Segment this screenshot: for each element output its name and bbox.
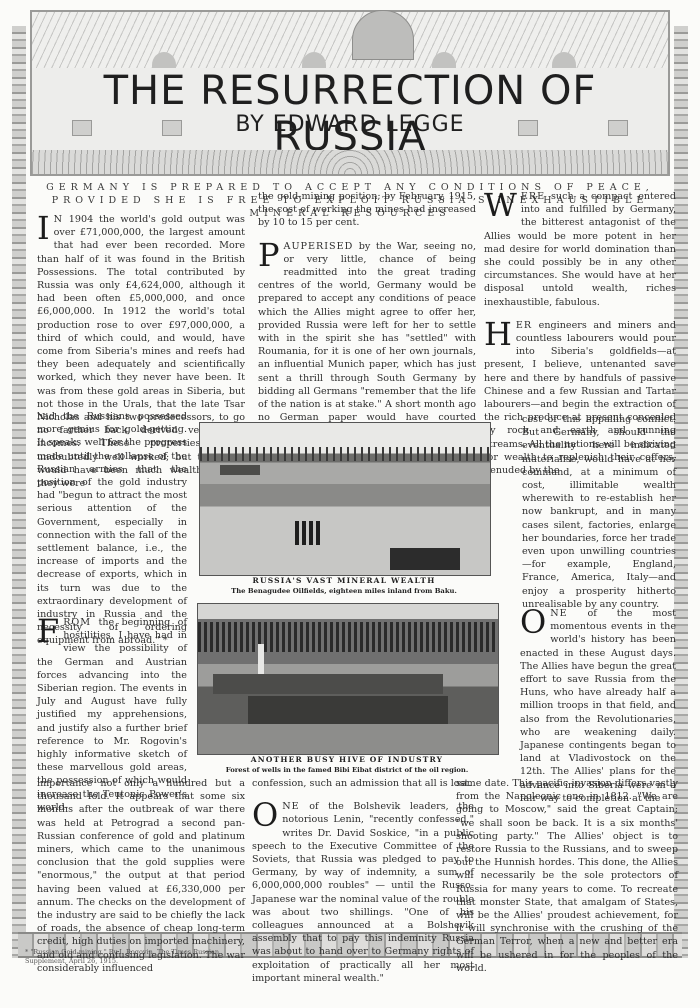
title-banner: THE RESURRECTION OF RUSSIA BY EDWARD LEG… <box>12 0 688 166</box>
paragraph: had the Russians possessed more genius f… <box>37 410 187 648</box>
column-2-lower: confession, such an admission that all i… <box>252 777 474 985</box>
arch-ornament-band <box>30 150 670 176</box>
column-3-narrow-2: ONE of the most momentous events in the … <box>520 607 676 805</box>
oilfields-photo <box>199 422 491 576</box>
drop-cap: O <box>252 801 278 829</box>
drop-cap: H <box>484 320 512 348</box>
column-3-lower: same date. This pacific invasion differs… <box>456 777 678 975</box>
paragraph: PAUPERISED by the War, seeing no, or ver… <box>258 240 476 438</box>
caption-subtitle: Forest of wells in the famed Bibi Eibat … <box>197 765 497 775</box>
caption-subtitle: The Benagudee Oilfields, eighteen miles … <box>199 586 489 596</box>
oil-wells-forest <box>198 622 498 652</box>
column-2-upper: the gold-mining position; by February, 1… <box>258 190 476 438</box>
author-byline: BY EDWARD LEGGE <box>32 112 668 137</box>
footnote: * "Russian Gold-mining." By I. Rogovin. … <box>25 948 250 966</box>
paragraph: ONE of the most momentous events in the … <box>520 607 676 805</box>
roof <box>213 674 443 694</box>
drop-cap: W <box>484 191 517 219</box>
drop-cap: P <box>258 241 280 269</box>
bibi-eibat-wells-photo <box>197 603 499 755</box>
ornament-icon <box>608 120 628 136</box>
drop-cap: F <box>37 617 59 645</box>
ornament-icon <box>162 120 182 136</box>
paragraph: ONE of the Bolshevik leaders, the notori… <box>252 800 474 985</box>
column-1-narrow: had the Russians possessed more genius f… <box>37 410 187 648</box>
barracks-building <box>248 696 448 724</box>
paragraph: same date. This pacific invasion differs… <box>456 777 678 975</box>
paragraph: importance not only a hundred but a thou… <box>37 777 245 975</box>
ornament-icon <box>72 120 92 136</box>
paragraph: the gold-mining position; by February, 1… <box>258 190 476 230</box>
paragraph: cost of this appalling conflict. But Ger… <box>522 413 676 611</box>
photo-2-caption: ANOTHER BUSY HIVE OF INDUSTRY Forest of … <box>197 755 497 775</box>
caption-title: ANOTHER BUSY HIVE OF INDUSTRY <box>197 755 497 765</box>
shed <box>220 465 260 475</box>
caption-title: RUSSIA'S VAST MINERAL WEALTH <box>199 576 489 586</box>
drop-cap: I <box>37 214 50 242</box>
drop-cap: O <box>520 608 546 636</box>
paragraph: confession, such an admission that all i… <box>252 777 474 790</box>
cathedral-dome-icon <box>352 10 414 60</box>
column-3-narrow: cost of this appalling conflict. But Ger… <box>522 413 676 611</box>
derricks-silhouette <box>200 447 490 461</box>
column-1-lower: importance not only a hundred but a thou… <box>37 777 245 975</box>
chimney <box>258 644 264 674</box>
paragraph: WERE such a compact entered into and ful… <box>484 190 676 309</box>
stacked-timber <box>390 548 460 570</box>
onion-dome-illustration <box>30 10 670 72</box>
title-band: THE RESURRECTION OF RUSSIA BY EDWARD LEG… <box>30 68 670 150</box>
ornament-icon <box>518 120 538 136</box>
photo-1-caption: RUSSIA'S VAST MINERAL WEALTH The Benagud… <box>199 576 489 596</box>
group-of-men <box>295 521 321 545</box>
